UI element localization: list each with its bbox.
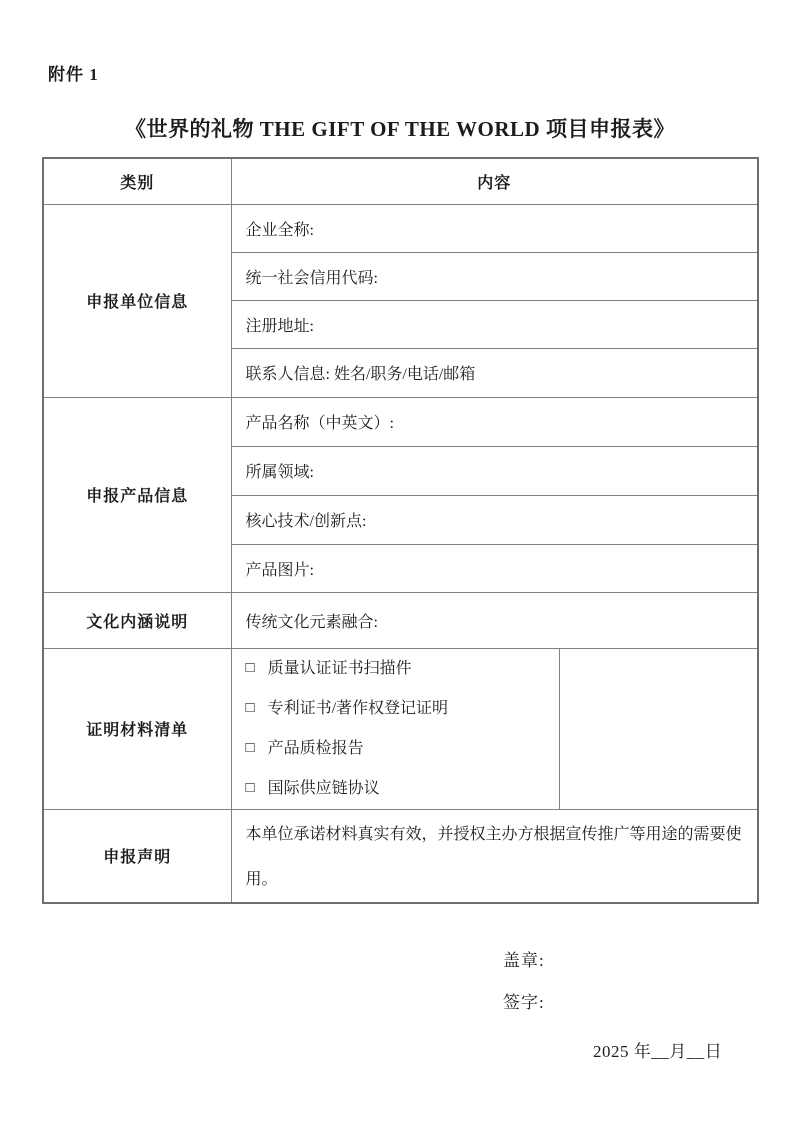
checkbox-icon: □	[246, 768, 255, 808]
checklist-item: □质量认证证书扫描件	[246, 649, 559, 689]
field-credit-code: 统一社会信用代码:	[231, 252, 758, 300]
field-registered-address: 注册地址:	[231, 300, 758, 348]
attachment-label: 附件 1	[48, 60, 99, 85]
table-row: 证明材料清单 □质量认证证书扫描件 □专利证书/著作权登记证明 □产品质检报告 …	[43, 648, 758, 809]
checklist-item: □专利证书/著作权登记证明	[246, 689, 559, 729]
checkbox-icon: □	[246, 688, 255, 728]
table-row: 申报单位信息 企业全称:	[43, 204, 758, 252]
table-row: 申报声明 本单位承诺材料真实有效，并授权主办方根据宣传推广等用途的需要使用。	[43, 809, 758, 903]
checklist-item-label: 专利证书/著作权登记证明	[268, 700, 448, 717]
stamp-label: 盖章:	[503, 946, 545, 971]
field-declaration-text: 本单位承诺材料真实有效，并授权主办方根据宣传推广等用途的需要使用。	[231, 809, 758, 903]
checklist-item-label: 产品质检报告	[268, 740, 364, 757]
date-line: 2025 年__月__日	[593, 1037, 722, 1062]
checklist-item-label: 国际供应链协议	[268, 780, 380, 797]
category-declaration: 申报声明	[43, 809, 231, 903]
category-product-info: 申报产品信息	[43, 397, 231, 592]
field-company-name: 企业全称:	[231, 204, 758, 252]
checkbox-icon: □	[246, 728, 255, 768]
checklist-item: □国际供应链协议	[246, 769, 559, 809]
table-row: 文化内涵说明 传统文化元素融合:	[43, 592, 758, 648]
field-traditional-culture: 传统文化元素融合:	[231, 592, 758, 648]
table-row: 申报产品信息 产品名称（中英文）:	[43, 397, 758, 446]
category-cultural-connotation: 文化内涵说明	[43, 592, 231, 648]
checkbox-icon: □	[246, 648, 255, 688]
header-content: 内容	[231, 158, 758, 204]
application-form-table: 类别 内容 申报单位信息 企业全称: 统一社会信用代码: 注册地址: 联系人信息…	[42, 157, 759, 904]
header-category: 类别	[43, 158, 231, 204]
checklist-item: □产品质检报告	[246, 729, 559, 769]
table-header-row: 类别 内容	[43, 158, 758, 204]
field-contact-info: 联系人信息: 姓名/职务/电话/邮箱	[231, 348, 758, 397]
field-core-technology: 核心技术/创新点:	[231, 495, 758, 544]
field-product-images: 产品图片:	[231, 544, 758, 592]
checklist-cell: □质量认证证书扫描件 □专利证书/著作权登记证明 □产品质检报告 □国际供应链协…	[231, 648, 559, 809]
field-product-domain: 所属领域:	[231, 446, 758, 495]
signature-label: 签字:	[503, 988, 545, 1013]
category-applicant-unit-info: 申报单位信息	[43, 204, 231, 397]
field-product-name: 产品名称（中英文）:	[231, 397, 758, 446]
checklist-item-label: 质量认证证书扫描件	[268, 660, 412, 677]
checklist-empty-cell	[559, 648, 758, 809]
category-proof-materials: 证明材料清单	[43, 648, 231, 809]
page-title: 《世界的礼物 THE GIFT OF THE WORLD 项目申报表》	[0, 113, 800, 143]
